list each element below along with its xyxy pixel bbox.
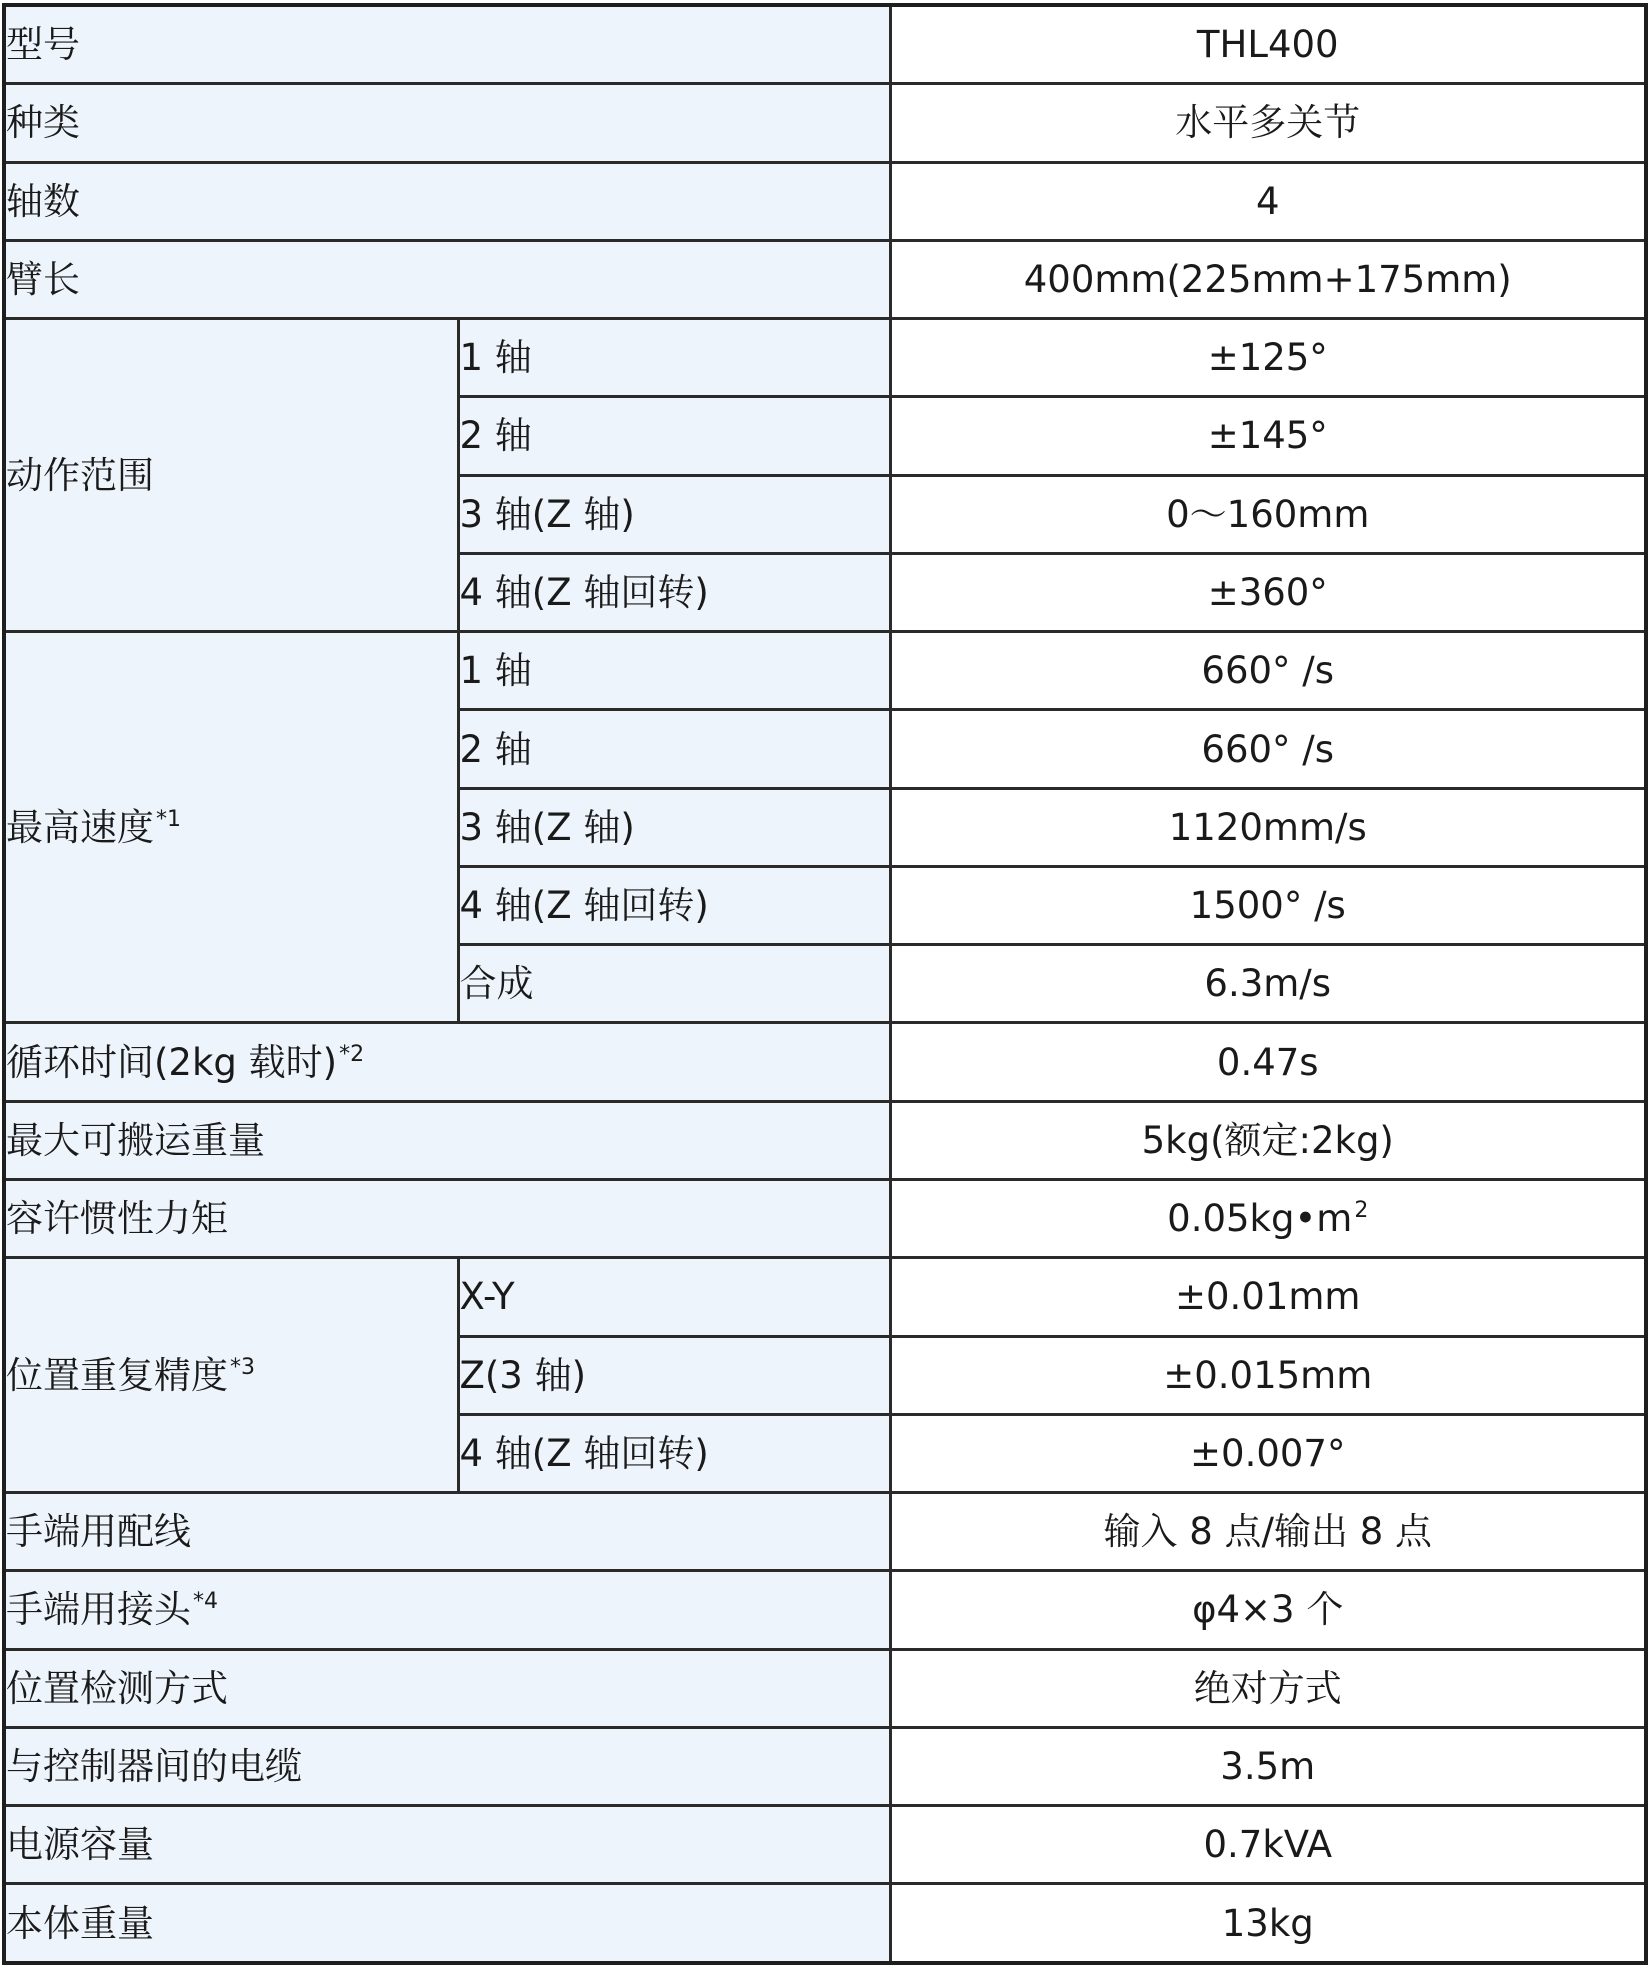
row-value: 输入 8 点/输出 8 点 xyxy=(890,1493,1646,1571)
spec-table: 型号 THL400 种类 水平多关节 轴数 4 臂长 400mm(225mm+1… xyxy=(2,3,1648,1965)
table-row-arm-length: 臂长 400mm(225mm+175mm) xyxy=(4,240,1646,318)
row-value: 绝对方式 xyxy=(890,1649,1646,1727)
row-value: 0～160mm xyxy=(890,475,1646,553)
label-text: 手端用接头 xyxy=(6,1588,191,1631)
sub-label: 2 轴 xyxy=(458,397,890,475)
sub-label: 1 轴 xyxy=(458,632,890,710)
row-value: ±125° xyxy=(890,319,1646,397)
row-label: 种类 xyxy=(4,84,890,162)
table-row-controller-cable: 与控制器间的电缆 3.5m xyxy=(4,1727,1646,1805)
label-text: 最高速度 xyxy=(6,806,154,849)
footnote-mark: *4 xyxy=(193,1589,218,1614)
sub-label: 3 轴(Z 轴) xyxy=(458,788,890,866)
sub-label: 4 轴(Z 轴回转) xyxy=(458,553,890,631)
table-row-hand-joint: 手端用接头*4 φ4×3 个 xyxy=(4,1571,1646,1649)
group-label-repeatability: 位置重复精度*3 xyxy=(4,1258,458,1493)
row-value: ±0.015mm xyxy=(890,1336,1646,1414)
row-value: 1120mm/s xyxy=(890,788,1646,866)
row-value: THL400 xyxy=(890,5,1646,84)
table-row-motion-range: 动作范围 1 轴 ±125° xyxy=(4,319,1646,397)
row-label: 电源容量 xyxy=(4,1806,890,1884)
sub-label: 4 轴(Z 轴回转) xyxy=(458,1414,890,1492)
row-value: 660° /s xyxy=(890,632,1646,710)
row-label: 与控制器间的电缆 xyxy=(4,1727,890,1805)
row-label: 手端用接头*4 xyxy=(4,1571,890,1649)
footnote-mark: *2 xyxy=(339,1042,364,1067)
sub-label: 合成 xyxy=(458,945,890,1023)
row-value: 4 xyxy=(890,162,1646,240)
row-value: ±0.007° xyxy=(890,1414,1646,1492)
table-row-power-capacity: 电源容量 0.7kVA xyxy=(4,1806,1646,1884)
row-label: 轴数 xyxy=(4,162,890,240)
row-value: 5kg(额定:2kg) xyxy=(890,1101,1646,1179)
row-label: 臂长 xyxy=(4,240,890,318)
row-label: 型号 xyxy=(4,5,890,84)
row-value: ±0.01mm xyxy=(890,1258,1646,1336)
row-value: ±360° xyxy=(890,553,1646,631)
row-value: 0.7kVA xyxy=(890,1806,1646,1884)
sub-label: 3 轴(Z 轴) xyxy=(458,475,890,553)
row-value: 水平多关节 xyxy=(890,84,1646,162)
table-row-inertia: 容许惯性力矩 0.05kg•m2 xyxy=(4,1180,1646,1258)
row-value: 0.05kg•m2 xyxy=(890,1180,1646,1258)
sub-label: X-Y xyxy=(458,1258,890,1336)
sub-label: 2 轴 xyxy=(458,710,890,788)
footnote-mark: *1 xyxy=(156,807,181,832)
label-text: 位置重复精度 xyxy=(6,1354,228,1397)
row-value: 13kg xyxy=(890,1884,1646,1963)
table-row-max-payload: 最大可搬运重量 5kg(额定:2kg) xyxy=(4,1101,1646,1179)
row-label: 最大可搬运重量 xyxy=(4,1101,890,1179)
table-row-axes: 轴数 4 xyxy=(4,162,1646,240)
row-label: 容许惯性力矩 xyxy=(4,1180,890,1258)
table-row-body-weight: 本体重量 13kg xyxy=(4,1884,1646,1963)
table-row-repeatability: 位置重复精度*3 X-Y ±0.01mm xyxy=(4,1258,1646,1336)
sub-label: Z(3 轴) xyxy=(458,1336,890,1414)
row-value: 6.3m/s xyxy=(890,945,1646,1023)
table-row-max-speed: 最高速度*1 1 轴 660° /s xyxy=(4,632,1646,710)
row-value: 400mm(225mm+175mm) xyxy=(890,240,1646,318)
value-text: 0.05kg•m xyxy=(1167,1197,1352,1240)
row-label: 手端用配线 xyxy=(4,1493,890,1571)
row-value: φ4×3 个 xyxy=(890,1571,1646,1649)
sub-label: 1 轴 xyxy=(458,319,890,397)
table-row-hand-wiring: 手端用配线 输入 8 点/输出 8 点 xyxy=(4,1493,1646,1571)
row-label: 位置检测方式 xyxy=(4,1649,890,1727)
group-label-motion-range: 动作范围 xyxy=(4,319,458,632)
row-value: 1500° /s xyxy=(890,866,1646,944)
row-value: 0.47s xyxy=(890,1023,1646,1101)
row-value: 3.5m xyxy=(890,1727,1646,1805)
row-value: ±145° xyxy=(890,397,1646,475)
row-label: 本体重量 xyxy=(4,1884,890,1963)
row-label: 循环时间(2kg 载时)*2 xyxy=(4,1023,890,1101)
table-row-type: 种类 水平多关节 xyxy=(4,84,1646,162)
table-row-model: 型号 THL400 xyxy=(4,5,1646,84)
table-row-position-detection: 位置检测方式 绝对方式 xyxy=(4,1649,1646,1727)
footnote-mark: *3 xyxy=(230,1355,255,1380)
sub-label: 4 轴(Z 轴回转) xyxy=(458,866,890,944)
group-label-max-speed: 最高速度*1 xyxy=(4,632,458,1023)
table-row-cycle-time: 循环时间(2kg 载时)*2 0.47s xyxy=(4,1023,1646,1101)
row-value: 660° /s xyxy=(890,710,1646,788)
superscript: 2 xyxy=(1354,1198,1368,1223)
label-text: 循环时间(2kg 载时) xyxy=(6,1041,337,1084)
